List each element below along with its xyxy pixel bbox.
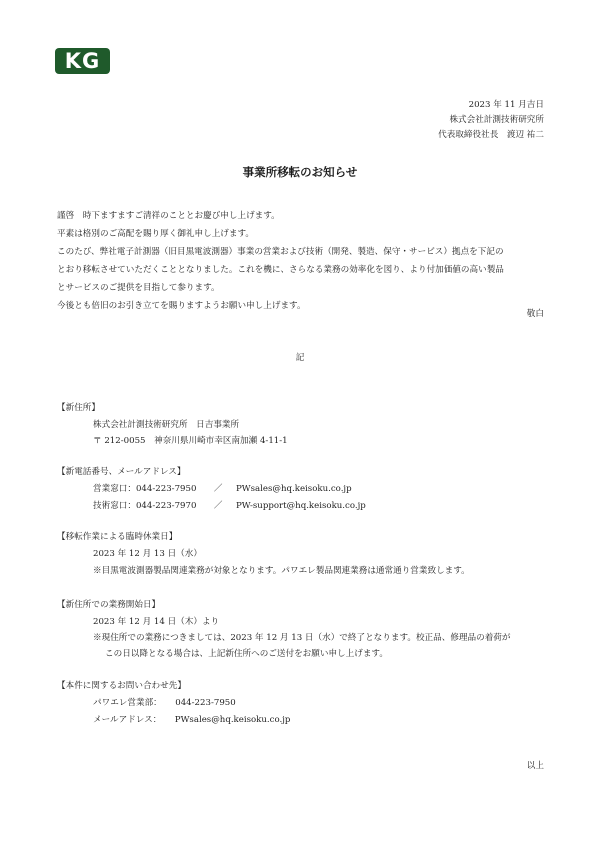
- inquiry-dept-row: パワエレ営業部： 044-223-7950: [93, 699, 236, 708]
- section-heading-new-address: 【新住所】: [57, 404, 100, 413]
- inquiry-dept-phone: 044-223-7950: [175, 698, 235, 708]
- contact-support-email[interactable]: PW-support@hq.keisoku.co.jp: [236, 501, 366, 511]
- inquiry-dept-label: パワエレ営業部：: [93, 698, 162, 708]
- section-heading-contacts: 【新電話番号、メールアドレス】: [57, 468, 185, 477]
- contact-row-support: 技術窓口：044-223-7970 ／ PW-support@hq.keisok…: [93, 502, 366, 511]
- closing-ijou: 以上: [527, 762, 544, 771]
- logo-text: KG: [65, 51, 101, 72]
- inquiry-mail-label: メールアドレス：: [93, 715, 161, 725]
- letter-date: 2023 年 11 月吉日: [469, 101, 544, 110]
- closure-note: ※目黒電波測器製品関連業務が対象となります。パワエレ製品関連業務は通常通り営業致…: [93, 567, 470, 576]
- sender-company: 株式会社計測技術研究所: [449, 116, 544, 125]
- new-address-postal: 〒 212-0055 神奈川県川崎市幸区南加瀬 4-11-1: [93, 437, 288, 446]
- intro-line-5: とサービスのご提供を目指して参ります。: [57, 284, 220, 293]
- intro-line-1: 謹啓 時下ますますご清祥のこととお慶び申し上げます。: [57, 212, 280, 221]
- intro-line-6: 今後とも倍旧のお引き立てを賜りますようお願い申し上げます。: [57, 302, 306, 311]
- closing-keihaku: 敬白: [527, 310, 544, 319]
- closure-date: 2023 年 12 月 13 日（水）: [93, 550, 202, 559]
- ki-marker: 記: [0, 354, 600, 363]
- contact-support-label: 技術窓口：044-223-7970: [93, 501, 196, 511]
- company-logo: KG: [55, 48, 110, 74]
- intro-line-4: とおり移転させていただくこととなりました。これを機に、さらなる業務の効率化を図り…: [57, 266, 504, 275]
- contact-sales-email[interactable]: PWsales@hq.keisoku.co.jp: [236, 484, 352, 494]
- section-heading-inquiry: 【本件に関するお問い合わせ先】: [57, 682, 186, 691]
- sender-representative: 代表取締役社長 渡辺 祐二: [438, 131, 544, 140]
- new-address-name: 株式会社計測技術研究所 日吉事業所: [93, 421, 239, 430]
- contact-row-sales: 営業窓口：044-223-7950 ／ PWsales@hq.keisoku.c…: [93, 485, 352, 494]
- intro-line-3: このたび、弊社電子計測器（旧目黒電波測器）事業の営業および技術（開発、製造、保守…: [57, 248, 504, 257]
- inquiry-mail-row: メールアドレス： PWsales@hq.keisoku.co.jp: [93, 716, 290, 725]
- start-date: 2023 年 12 月 14 日（木）より: [93, 618, 219, 627]
- start-note-2: この日以降となる場合は、上記新住所へのご送付をお願い申し上げます。: [105, 650, 388, 659]
- start-note-1: ※現住所での業務につきましては、2023 年 12 月 13 日（水）で終了とな…: [93, 634, 510, 643]
- document-title: 事業所移転のお知らせ: [0, 167, 600, 179]
- contact-sales-separator: ／: [214, 484, 223, 494]
- contact-support-separator: ／: [214, 501, 223, 511]
- section-heading-closure: 【移転作業による臨時休業日】: [57, 533, 177, 542]
- contact-sales-label: 営業窓口：044-223-7950: [93, 484, 196, 494]
- section-heading-start: 【新住所での業務開始日】: [57, 601, 160, 610]
- intro-line-2: 平素は格別のご高配を賜り厚く御礼申し上げます。: [57, 230, 254, 239]
- inquiry-mail-email[interactable]: PWsales@hq.keisoku.co.jp: [175, 715, 291, 725]
